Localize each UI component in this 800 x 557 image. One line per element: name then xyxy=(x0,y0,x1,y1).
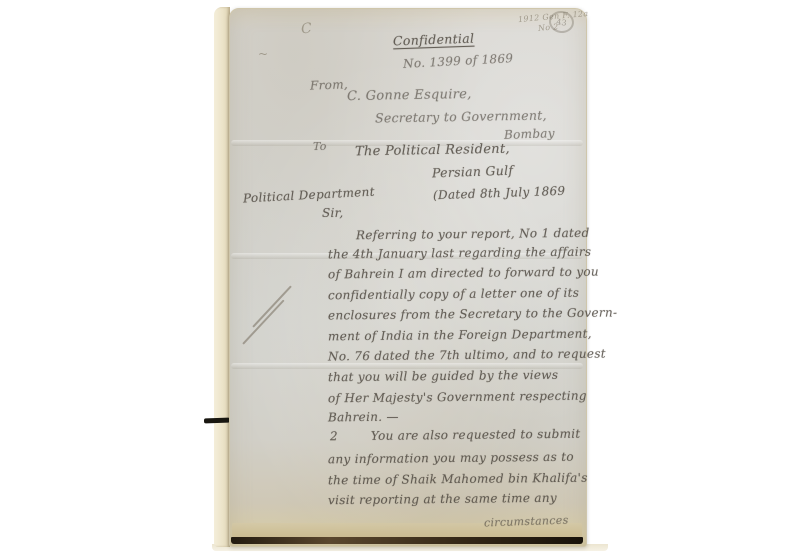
body-line: visit reporting at the same time any xyxy=(328,492,557,506)
classification-heading: Confidential xyxy=(393,33,475,48)
body-line: ment of India in the Foreign Department, xyxy=(328,328,592,343)
body-line: any information you may possess as to xyxy=(328,451,574,466)
margin-squiggle-mark: ~ xyxy=(258,48,268,60)
body-line: that you will be guided by the views xyxy=(328,369,558,383)
from-label: From, xyxy=(310,78,348,91)
body-line: of Bahrein I am directed to forward to y… xyxy=(328,266,599,281)
stamp-number: 43 xyxy=(556,17,567,27)
body-line: the time of Shaik Mahomed bin Khalifa's xyxy=(328,472,588,487)
body-line: Bahrein. — xyxy=(328,411,399,424)
to-name: The Political Resident, xyxy=(355,143,510,159)
body-line: No. 76 dated the 7th ultimo, and to requ… xyxy=(328,348,606,363)
body-line: Referring to your report, No 1 dated xyxy=(356,227,590,241)
catchword: circumstances xyxy=(484,515,569,529)
body-line: 2 You are also requested to submit xyxy=(330,428,581,443)
body-line: of Her Majesty's Government respecting xyxy=(328,390,587,405)
bookmark-tab-mark xyxy=(204,418,230,424)
body-line: enclosures from the Secretary to the Gov… xyxy=(328,306,617,321)
page-bottom-edge-shadow xyxy=(231,537,583,544)
from-place: Bombay xyxy=(504,127,555,141)
salutation: Sir, xyxy=(322,207,344,219)
body-line: the 4th January last regarding the affai… xyxy=(328,246,591,261)
scanned-letter-canvas: 1912 Gen F. 12a No 2 43 C ~ Confidential… xyxy=(0,0,800,557)
to-label: To xyxy=(313,141,327,152)
from-name: C. Gonne Esquire, xyxy=(347,88,472,103)
binding-edge xyxy=(214,7,230,547)
to-place: Persian Gulf xyxy=(432,165,514,180)
corner-letter-mark: C xyxy=(300,21,312,36)
body-line: confidentially copy of a letter one of i… xyxy=(328,287,579,302)
from-title: Secretary to Government, xyxy=(375,110,547,125)
